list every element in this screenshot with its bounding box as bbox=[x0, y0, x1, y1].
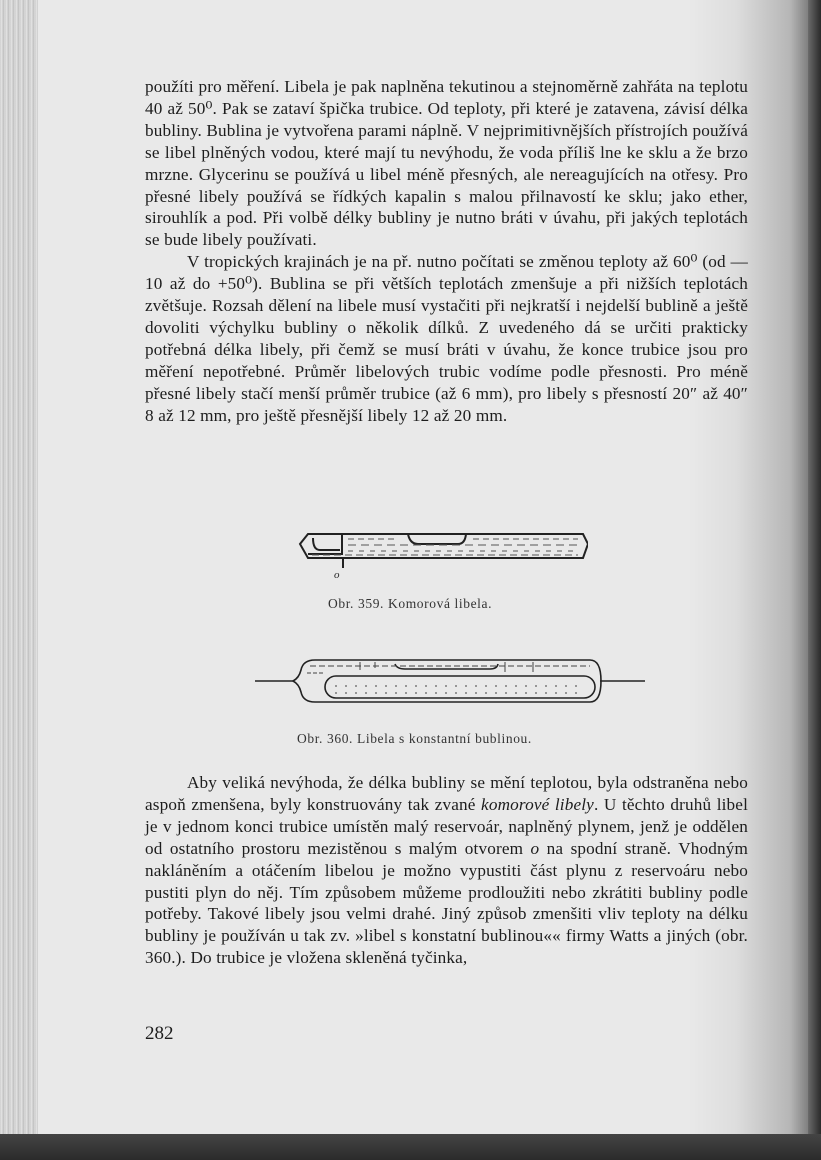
paragraph: V tropických krajinách je na př. nutno p… bbox=[145, 251, 748, 426]
figure-360-caption: Obr. 360. Libela s konstantní bublinou. bbox=[297, 731, 532, 747]
italic-symbol: o bbox=[531, 839, 540, 858]
italic-term: komorové libely bbox=[481, 795, 594, 814]
figure-359-chamber-level-drawing: o bbox=[298, 530, 588, 580]
book-spine-shadow bbox=[808, 0, 821, 1160]
body-text-bottom: Aby veliká nevýhoda, že délka bubliny se… bbox=[145, 772, 748, 969]
figure-360-constant-bubble-level-drawing bbox=[255, 656, 645, 706]
body-text-top: použíti pro měření. Libela je pak naplně… bbox=[145, 76, 748, 427]
scan-bottom-border bbox=[0, 1134, 821, 1160]
page-number: 282 bbox=[145, 1023, 174, 1045]
svg-text:o: o bbox=[334, 569, 340, 580]
paragraph: použíti pro měření. Libela je pak naplně… bbox=[145, 76, 748, 251]
paragraph: Aby veliká nevýhoda, že délka bubliny se… bbox=[145, 772, 748, 969]
book-page-edges bbox=[0, 0, 42, 1134]
figure-359-caption: Obr. 359. Komorová libela. bbox=[328, 596, 492, 612]
